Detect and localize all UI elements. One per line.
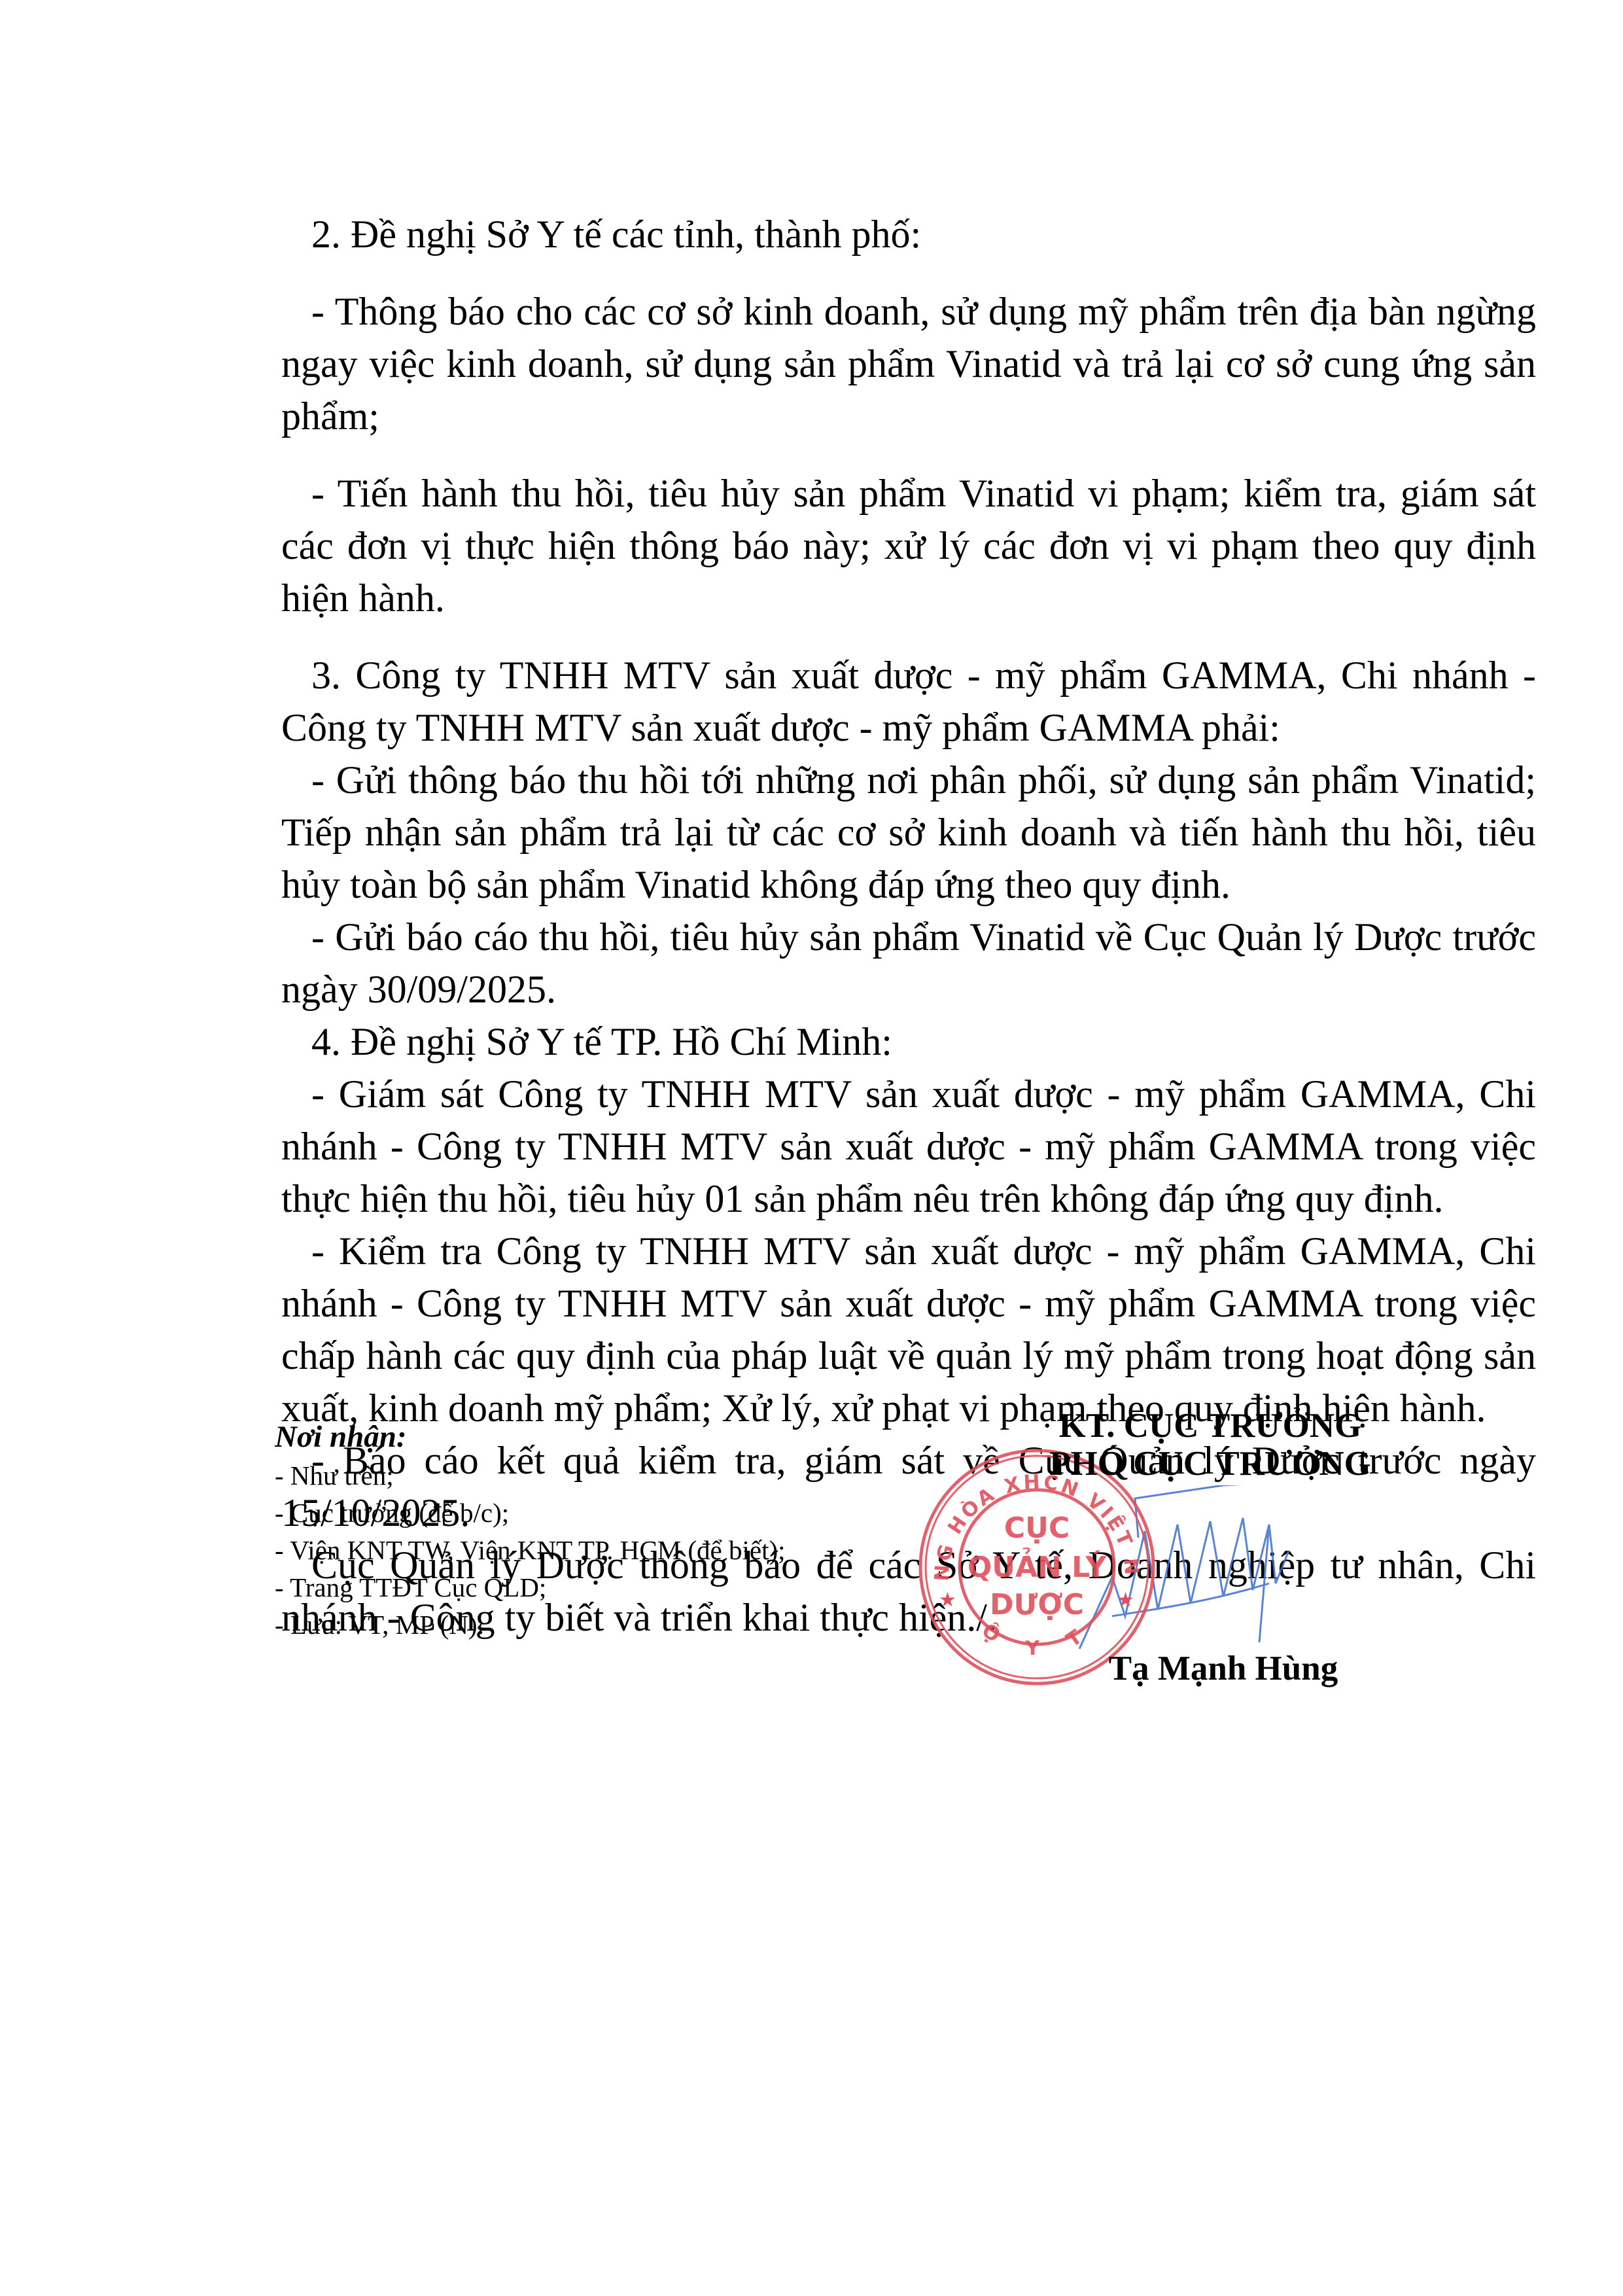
- recipients-block: Nơi nhận: - Như trên; - Cục trưởng (để b…: [275, 1417, 903, 1644]
- paragraph-notify-businesses: - Thông báo cho các cơ sở kinh doanh, sử…: [281, 285, 1536, 442]
- paragraph-section-2-heading: 2. Đề nghị Sở Y tế các tỉnh, thành phố:: [281, 208, 1536, 260]
- paragraph-supervise: - Giám sát Công ty TNHH MTV sản xuất dượ…: [281, 1068, 1536, 1225]
- recipient-item: - Viện KNT TW, Viện KNT TP. HCM (để biết…: [275, 1532, 903, 1569]
- document-page: 2. Đề nghị Sở Y tế các tỉnh, thành phố: …: [0, 0, 1623, 2296]
- signer-authority-title: KT. CỤC TRƯỞNG: [949, 1407, 1472, 1445]
- signer-name: Tạ Mạnh Hùng: [1060, 1649, 1387, 1688]
- recipient-item: - Trang TTĐT Cục QLD;: [275, 1569, 903, 1606]
- svg-text:CỤC: CỤC: [1004, 1511, 1070, 1545]
- recipients-title: Nơi nhận:: [275, 1417, 903, 1457]
- svg-text:DƯỢC: DƯỢC: [990, 1588, 1084, 1621]
- signer-position-title: PHÓ CỤC TRƯỞNG: [949, 1445, 1472, 1483]
- signature-block: KT. CỤC TRƯỞNG PHÓ CỤC TRƯỞNG Tạ Mạnh Hù…: [949, 1407, 1472, 1483]
- paragraph-section-4-heading: 4. Đề nghị Sở Y tế TP. Hồ Chí Minh:: [281, 1016, 1536, 1068]
- recipient-item: - Như trên;: [275, 1457, 903, 1494]
- paragraph-send-recall-report: - Gửi báo cáo thu hồi, tiêu hủy sản phẩm…: [281, 911, 1536, 1016]
- paragraph-inspect: - Kiểm tra Công ty TNHH MTV sản xuất dượ…: [281, 1225, 1536, 1434]
- paragraph-recall-destroy: - Tiến hành thu hồi, tiêu hủy sản phẩm V…: [281, 467, 1536, 624]
- paragraph-send-recall-notice: - Gửi thông báo thu hồi tới những nơi ph…: [281, 754, 1536, 911]
- svg-text:QUẢN LÝ: QUẢN LÝ: [968, 1547, 1108, 1584]
- recipient-item: - Lưu: VT, MP (N).: [275, 1606, 903, 1644]
- recipient-item: - Cục trưởng (để b/c);: [275, 1494, 903, 1532]
- svg-text:★: ★: [1117, 1589, 1134, 1611]
- svg-text:★: ★: [939, 1589, 956, 1611]
- paragraph-section-3-heading: 3. Công ty TNHH MTV sản xuất dược - mỹ p…: [281, 649, 1536, 754]
